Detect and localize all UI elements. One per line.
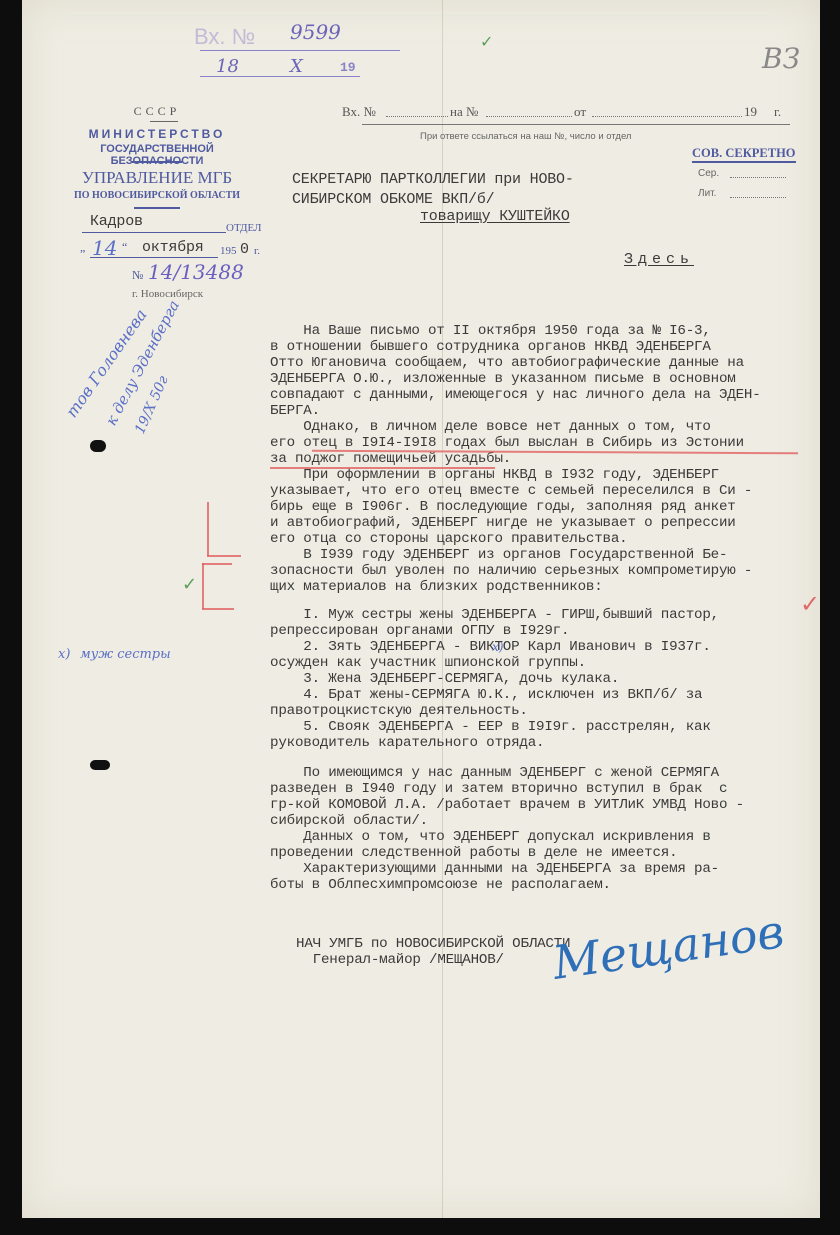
incoming-stamp-year: 19 xyxy=(340,60,356,75)
date-year-label: г. xyxy=(254,245,260,257)
date-month: октября xyxy=(142,240,204,256)
addressee-location: Здесь xyxy=(624,252,694,268)
date-year-prefix: 195 xyxy=(220,245,237,257)
relatives-line: правотроцкистскую деятельность. xyxy=(270,703,719,719)
closing-line: проведении следственной работы в деле не… xyxy=(270,845,744,861)
body-line: На Ваше письмо от II октября 1950 года з… xyxy=(270,323,761,339)
body-line: его отца со стороны царского правительст… xyxy=(270,531,761,547)
date-rule xyxy=(90,257,218,258)
red-check-icon: ✓ xyxy=(800,590,820,618)
letterhead-divider-3 xyxy=(134,207,180,209)
relatives-line: 3. Жена ЭДЕНБЕРГ-СЕРМЯГА, дочь кулака. xyxy=(270,671,719,687)
letterhead-divider-2 xyxy=(132,161,182,163)
red-bracket-1 xyxy=(207,502,209,556)
closing-line: гр-кой КОМОВОЙ Л.А. /работает врачем в У… xyxy=(270,797,744,813)
relatives-line: 4. Брат жены-СЕРМЯГА Ю.К., исключен из В… xyxy=(270,687,719,703)
red-underline-2 xyxy=(270,467,495,469)
relatives-line: руководитель карательного отряда. xyxy=(270,735,719,751)
addressee-line-1: СЕКРЕТАРЮ ПАРТКОЛЛЕГИИ при НОВО- xyxy=(292,170,574,190)
reference-in-label: Вх. № xyxy=(342,104,376,120)
margin-footnote-marker: x) xyxy=(58,647,70,662)
signature-title-2: Генерал-майор /МЕЩАНОВ/ xyxy=(296,952,504,968)
body-line: При оформлении в органы НКВД в I932 году… xyxy=(270,467,761,483)
closing-line: разведен в I940 году и затем вторично вс… xyxy=(270,781,744,797)
reference-on-label: на № xyxy=(450,104,478,120)
letter-label: Лит. xyxy=(698,188,716,199)
red-bracket-2 xyxy=(202,563,204,609)
reference-rule xyxy=(362,124,790,125)
letter-body: На Ваше письмо от II октября 1950 года з… xyxy=(270,323,761,595)
margin-footnote-text: муж сестры xyxy=(80,647,171,662)
relatives-line: осужден как участник шпионской группы. xyxy=(270,655,719,671)
red-bracket-2-head xyxy=(202,563,232,565)
series-field[interactable] xyxy=(730,177,786,178)
green-check-icon: ✓ xyxy=(182,574,197,595)
handwritten-signature: Мещанов xyxy=(549,904,787,990)
reference-from-field[interactable] xyxy=(592,116,742,117)
reference-year-label: 19 xyxy=(744,104,757,120)
incoming-stamp-number: 9599 xyxy=(290,20,341,44)
letter-field[interactable] xyxy=(730,197,786,198)
punch-hole-2 xyxy=(90,760,110,770)
red-bracket-2-foot xyxy=(202,608,234,610)
letterhead-divider xyxy=(150,121,178,122)
letterhead-ministry-1: МИНИСТЕРСТВО xyxy=(62,127,252,141)
reference-in-field[interactable] xyxy=(386,116,448,117)
relatives-line: репрессирован органами ОГПУ в I929г. xyxy=(270,623,719,639)
body-line: бирь еще в I906г. В последующие годы, за… xyxy=(270,499,761,515)
department-value: Кадров xyxy=(90,214,143,230)
reference-note: При ответе ссылаться на наш №, число и о… xyxy=(420,131,631,142)
date-year-suffix: 0 xyxy=(240,242,249,258)
letter-closing: По имеющимся у нас данным ЭДЕНБЕРГ с жен… xyxy=(270,765,744,893)
incoming-stamp-label: Вх. № xyxy=(194,24,255,50)
body-line: щих материалов на близких родственников: xyxy=(270,579,761,595)
classification-label: СОВ. СЕКРЕТНО xyxy=(692,146,796,163)
reference-from-label: от xyxy=(574,104,586,120)
body-line: БЕРГА. xyxy=(270,403,761,419)
body-line: В I939 году ЭДЕНБЕРГ из органов Государс… xyxy=(270,547,761,563)
incoming-stamp-month: X xyxy=(290,56,303,77)
body-line: в отношении бывшего сотрудника органов Н… xyxy=(270,339,761,355)
body-line: ЭДЕНБЕРГА О.Ю., изложенные в указанном п… xyxy=(270,371,761,387)
body-line: его отец в I9I4-I9I8 годах был выслан в … xyxy=(270,435,761,451)
letterhead-country: СССР xyxy=(62,104,252,119)
relatives-list: I. Муж сестры жены ЭДЕНБЕРГА - ГИРШ,бывш… xyxy=(270,607,719,751)
red-bracket-1-foot xyxy=(207,555,241,557)
addressee-line-3: товарищу КУШТЕЙКО xyxy=(420,207,570,227)
inline-footnote-marker: x) xyxy=(492,640,503,654)
relatives-line: I. Муж сестры жены ЭДЕНБЕРГА - ГИРШ,бывш… xyxy=(270,607,719,623)
reference-g-label: г. xyxy=(774,104,781,120)
stamp-rule xyxy=(200,50,400,51)
body-line: Однако, в личном деле вовсе нет данных о… xyxy=(270,419,761,435)
signature-title-1: НАЧ УМГБ по НОВОСИБИРСКОЙ ОБЛАСТИ xyxy=(296,936,570,952)
punch-hole-1 xyxy=(90,440,106,452)
closing-line: боты в Облпесхимпромсоюзе не располагаем… xyxy=(270,877,744,893)
department-label: ОТДЕЛ xyxy=(226,222,262,234)
closing-line: Характеризующими данными на ЭДЕНБЕРГА за… xyxy=(270,861,744,877)
body-line: указывает, что его отец вместе с семьей … xyxy=(270,483,761,499)
letterhead-ministry-2: ГОСУДАРСТВЕННОЙ БЕЗОПАСНОСТИ xyxy=(62,143,252,167)
letterhead-directorate: УПРАВЛЕНИЕ МГБ xyxy=(62,168,252,188)
relatives-line: 5. Свояк ЭДЕНБЕРГА - ЕЕР в I9I9г. расстр… xyxy=(270,719,719,735)
document-page: Вх. № 9599 18 X 19 ВЗ СССР МИНИСТЕРСТВО … xyxy=(22,0,820,1218)
green-mark-icon: ✓ xyxy=(480,32,493,51)
body-line: и автобиографий, ЭДЕНБЕРГ нигде не указы… xyxy=(270,515,761,531)
series-label: Сер. xyxy=(698,168,719,179)
reference-on-field[interactable] xyxy=(486,116,572,117)
outgoing-number-value: 14/13488 xyxy=(148,260,244,284)
closing-line: Данных о том, что ЭДЕНБЕРГ допускал искр… xyxy=(270,829,744,845)
body-line: совпадают с данными, имеющегося у нас ли… xyxy=(270,387,761,403)
closing-line: По имеющимся у нас данным ЭДЕНБЕРГ с жен… xyxy=(270,765,744,781)
body-line: зопасности был уволен по наличию серьезн… xyxy=(270,563,761,579)
closing-line: сибирской области/. xyxy=(270,813,744,829)
stamp-rule-2 xyxy=(200,76,360,77)
corner-pencil-mark: ВЗ xyxy=(762,42,800,75)
department-rule xyxy=(82,232,226,233)
letterhead-region: ПО НОВОСИБИРСКОЙ ОБЛАСТИ xyxy=(62,190,252,201)
body-line: Отто Югановича сообщаем, что автобиограф… xyxy=(270,355,761,371)
outgoing-number-label: № xyxy=(132,268,143,283)
incoming-stamp-day: 18 xyxy=(216,56,239,77)
